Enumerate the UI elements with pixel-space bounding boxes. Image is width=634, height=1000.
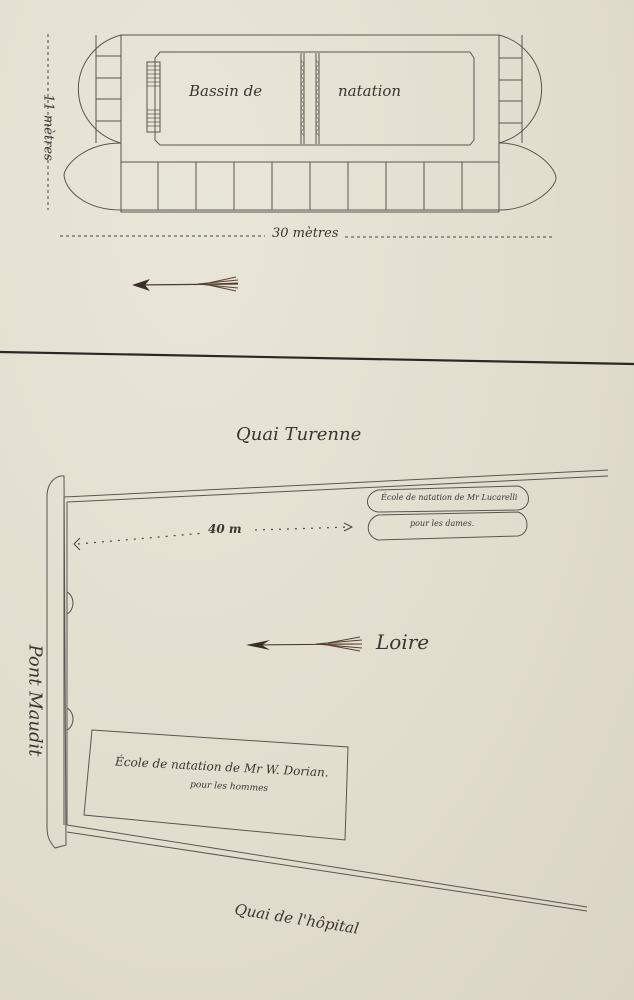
river-flow-arrow-icon	[246, 637, 362, 651]
quay-edge-inner	[67, 476, 608, 502]
distance-label: 40 m	[208, 522, 242, 536]
distance-line-right	[255, 527, 350, 530]
pool-plan	[64, 35, 556, 212]
scanned-plan-sheet: Bassin de natation 11 mètres 30 mètres Q…	[0, 0, 634, 1000]
plan-drawing	[0, 0, 634, 1000]
distance-arrowhead-right-icon	[344, 523, 352, 531]
bridge-pier-2	[67, 708, 73, 730]
site-plan	[47, 470, 608, 911]
pont-maudit-label: Pont Maudit	[25, 631, 46, 771]
bridge-structure	[47, 476, 66, 848]
pool-label-left: Bassin de	[189, 82, 262, 100]
section-divider	[0, 352, 634, 364]
quay-edge-outer	[64, 470, 608, 497]
ladies-school-label: École de natation de Mr Lucarelli	[381, 493, 517, 502]
quay-turenne-label: Quai Turenne	[236, 424, 361, 445]
width-dimension-label: 30 mètres	[272, 226, 339, 241]
loire-river-label: Loire	[376, 630, 429, 654]
bridge-pier-1	[67, 592, 73, 614]
lower-quay-outer	[67, 825, 587, 907]
pool-label-right: natation	[338, 82, 401, 100]
lower-quay-inner	[67, 832, 587, 911]
right-lower-float	[499, 143, 556, 210]
left-upper-float	[78, 35, 121, 143]
ladies-school-sublabel: pour les dames.	[410, 519, 474, 528]
distance-line-left	[78, 533, 205, 544]
height-dimension-label: 11 mètres	[41, 78, 56, 178]
pool-stairs	[147, 62, 160, 132]
right-upper-float	[499, 35, 542, 143]
left-lower-float	[64, 143, 121, 210]
current-arrow-icon	[132, 277, 238, 291]
